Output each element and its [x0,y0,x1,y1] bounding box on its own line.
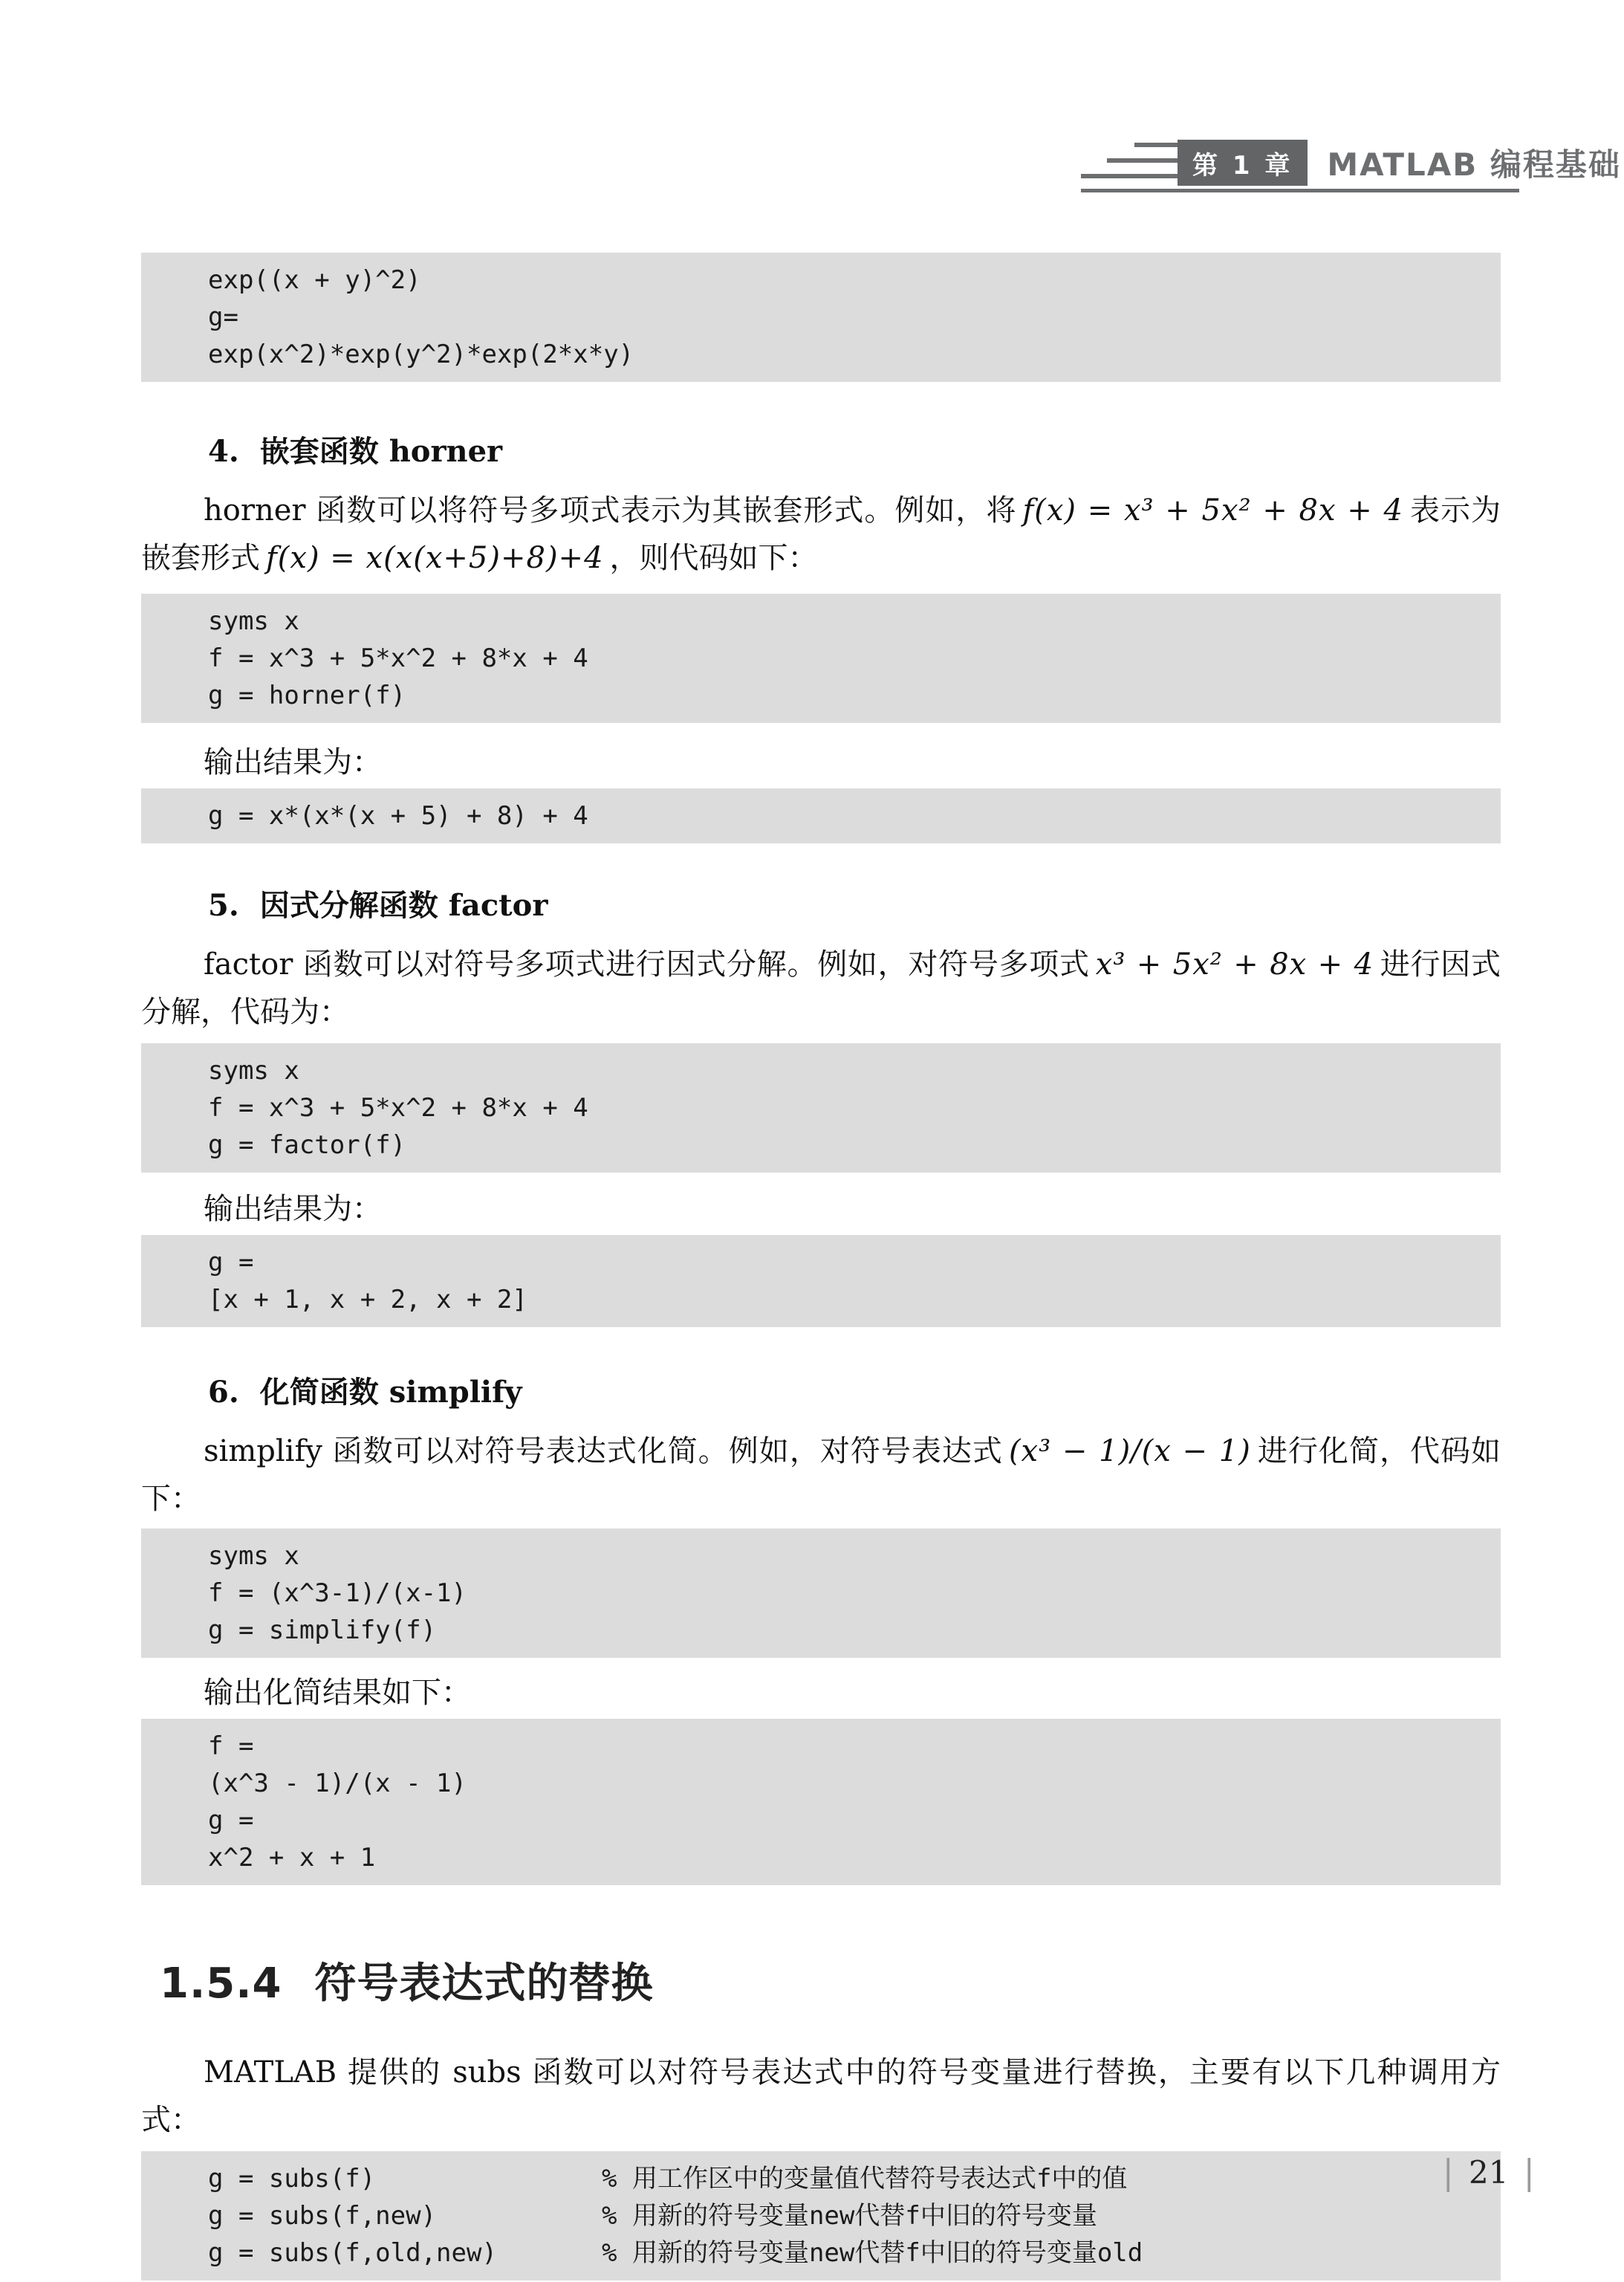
code-line: f = [208,1728,1486,1765]
code-block-horner-input: syms x f = x^3 + 5*x^2 + 8*x + 4 g = hor… [141,594,1501,723]
heading-text: 化简函数 simplify [260,1375,522,1410]
heading-number: 4. [208,434,239,469]
code-block-exp-result: exp((x + y)^2) g= exp(x^2)*exp(y^2)*exp(… [141,253,1501,382]
heading-number: 5. [208,888,239,923]
paragraph-horner: horner 函数可以将符号多项式表示为其嵌套形式。例如，将f(x) = x³ … [141,487,1501,582]
subsection-number: 1.5.4 [160,1960,282,2008]
code-line: exp((x + y)^2) [208,262,1486,299]
code-line: exp(x^2)*exp(y^2)*exp(2*x*y) [208,336,1486,373]
code-line: g = [208,1802,1486,1839]
heading-simplify: 6.化简函数 simplify [208,1369,1501,1411]
code-line: g = subs(f,old,new)% 用新的符号变量new代替f中旧的符号变… [208,2234,1486,2272]
heading-factor: 5.因式分解函数 factor [208,882,1501,924]
code-line: syms x [208,1052,1486,1089]
chapter-title: MATLAB 编程基础 [1308,140,1621,186]
paragraph-subs: MATLAB 提供的 subs 函数可以对符号表达式中的符号变量进行替换，主要有… [141,2049,1501,2144]
decor-line [1081,174,1178,178]
code-line: syms x [208,1537,1486,1575]
code-block-simplify-input: syms x f = (x^3-1)/(x-1) g = simplify(f) [141,1529,1501,1658]
decor-line [1107,158,1178,163]
chapter-badge: 第 1 章 [1178,140,1308,186]
paragraph-run: factor 函数可以对符号多项式进行因式分解。例如，对符号多项式 [204,947,1090,982]
code-line: (x^3 - 1)/(x - 1) [208,1765,1486,1802]
heading-text: 因式分解函数 factor [260,888,548,923]
code-block-factor-output: g = [x + 1, x + 2, x + 2] [141,1235,1501,1327]
code-line: g = subs(f,new)% 用新的符号变量new代替f中旧的符号变量 [208,2197,1486,2234]
code-line: g = horner(f) [208,677,1486,714]
paragraph-run: ，则代码如下： [610,541,818,575]
math-inline: f(x) = x³ + 5x² + 8x + 4 [1022,493,1403,528]
page-number-bar: | [1443,2152,1455,2192]
heading-text: 嵌套函数 horner [260,434,502,469]
code-block-horner-output: g = x*(x*(x + 5) + 8) + 4 [141,788,1501,843]
output-label: 输出化简结果如下： [204,1676,1501,1710]
paragraph-simplify: simplify 函数可以对符号表达式化简。例如，对符号表达式(x³ − 1)/… [141,1427,1501,1523]
code-line: x^2 + x + 1 [208,1839,1486,1876]
code-line: g = simplify(f) [208,1612,1486,1649]
chapter-header: 第 1 章 MATLAB 编程基础 [1081,140,1519,192]
page-footer: | 21 | [1428,2152,1550,2192]
code-comment: % 用工作区中的变量值代替符号表达式f中的值 [602,2160,1127,2197]
paragraph-run: simplify 函数可以对符号表达式化简。例如，对符号表达式 [204,1434,1003,1468]
code-line: syms x [208,603,1486,640]
subsection-heading: 1.5.4符号表达式的替换 [160,1951,1501,2010]
header-decor-lines [1081,140,1178,186]
output-label: 输出结果为： [204,745,1501,779]
decor-line [1134,143,1178,147]
code-line: f = x^3 + 5*x^2 + 8*x + 4 [208,1089,1486,1127]
math-inline: f(x) = x(x(x+5)+8)+4 [266,541,604,575]
code-block-simplify-output: f = (x^3 - 1)/(x - 1) g = x^2 + x + 1 [141,1719,1501,1885]
subsection-title: 符号表达式的替换 [314,1960,653,2008]
code-line: g = subs(f)% 用工作区中的变量值代替符号表达式f中的值 [208,2160,1486,2197]
math-inline: x³ + 5x² + 8x + 4 [1096,947,1374,982]
code-line: g= [208,299,1486,336]
code-comment: % 用新的符号变量new代替f中旧的符号变量old [602,2234,1143,2272]
header-rule [1081,189,1519,192]
code-block-factor-input: syms x f = x^3 + 5*x^2 + 8*x + 4 g = fac… [141,1043,1501,1173]
paragraph-factor: factor 函数可以对符号多项式进行因式分解。例如，对符号多项式x³ + 5x… [141,941,1501,1036]
heading-number: 6. [208,1375,239,1410]
math-inline: (x³ − 1)/(x − 1) [1009,1434,1251,1468]
code-text: g = subs(f) [208,2160,602,2197]
code-line: f = x^3 + 5*x^2 + 8*x + 4 [208,640,1486,677]
page-number-bar: | [1524,2152,1536,2192]
page-number: 21 [1469,2154,1508,2191]
code-line: f = (x^3-1)/(x-1) [208,1575,1486,1612]
code-text: g = subs(f,new) [208,2197,602,2234]
code-line: g = x*(x*(x + 5) + 8) + 4 [208,797,1486,834]
code-comment: % 用新的符号变量new代替f中旧的符号变量 [602,2197,1097,2234]
paragraph-run: horner 函数可以将符号多项式表示为其嵌套形式。例如，将 [204,493,1016,528]
code-line: g = [208,1244,1486,1281]
heading-horner: 4.嵌套函数 horner [208,428,1501,470]
paragraph-run: MATLAB 提供的 subs 函数可以对符号表达式中的符号变量进行替换，主要有… [141,2055,1501,2137]
code-block-subs: g = subs(f)% 用工作区中的变量值代替符号表达式f中的值 g = su… [141,2151,1501,2281]
code-text: g = subs(f,old,new) [208,2234,602,2272]
page-content: exp((x + y)^2) g= exp(x^2)*exp(y^2)*exp(… [141,253,1501,2281]
output-label: 输出结果为： [204,1192,1501,1226]
code-line: g = factor(f) [208,1127,1486,1164]
code-line: [x + 1, x + 2, x + 2] [208,1281,1486,1318]
